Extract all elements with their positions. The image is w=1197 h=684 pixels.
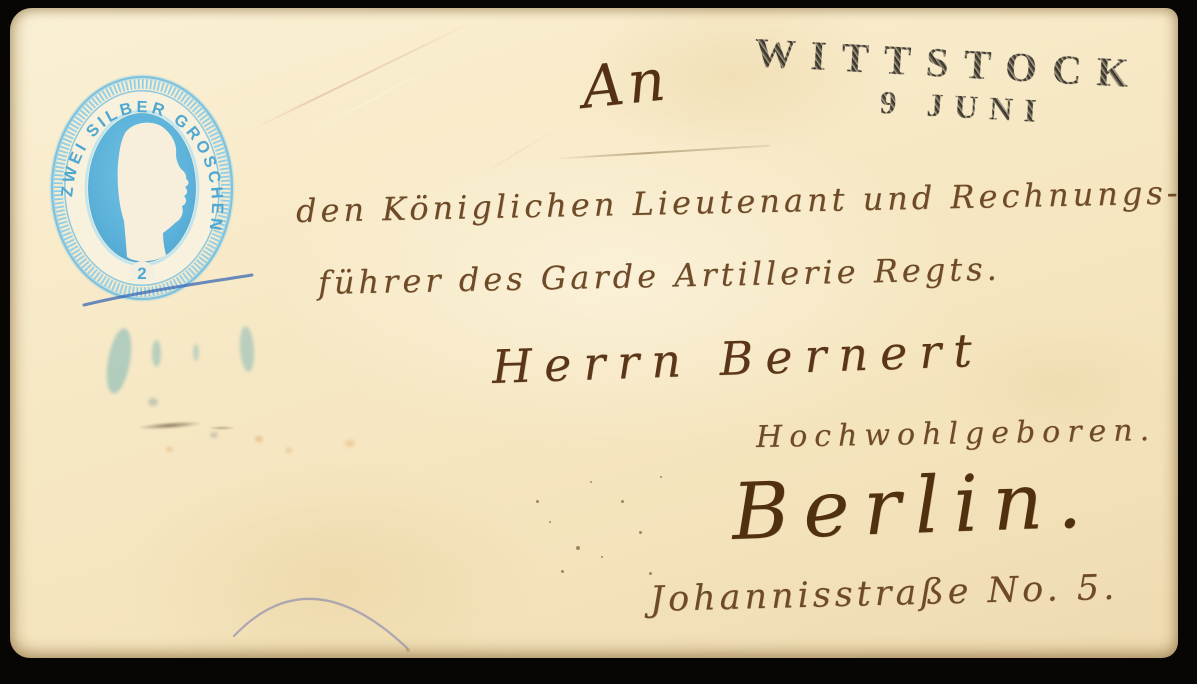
address-line-4: Hochwohlgeboren. bbox=[756, 413, 1157, 455]
stain-dot bbox=[406, 648, 410, 652]
crease-line bbox=[478, 127, 560, 177]
address-line-5: Berlin. bbox=[730, 455, 1097, 558]
stamp-denomination: 2 bbox=[137, 264, 146, 283]
blue-pencil-arc bbox=[222, 566, 422, 661]
crease-line bbox=[253, 22, 471, 130]
postage-stamp: ZWEI SILBER GROSCHEN 2 bbox=[46, 74, 238, 306]
address-salutation: An bbox=[578, 45, 672, 122]
photo-background: ZWEI SILBER GROSCHEN 2 WITTSTOCK 9 JUNI … bbox=[0, 0, 1197, 684]
crease-line bbox=[310, 62, 443, 133]
pencil-arc-stroke bbox=[234, 599, 407, 648]
